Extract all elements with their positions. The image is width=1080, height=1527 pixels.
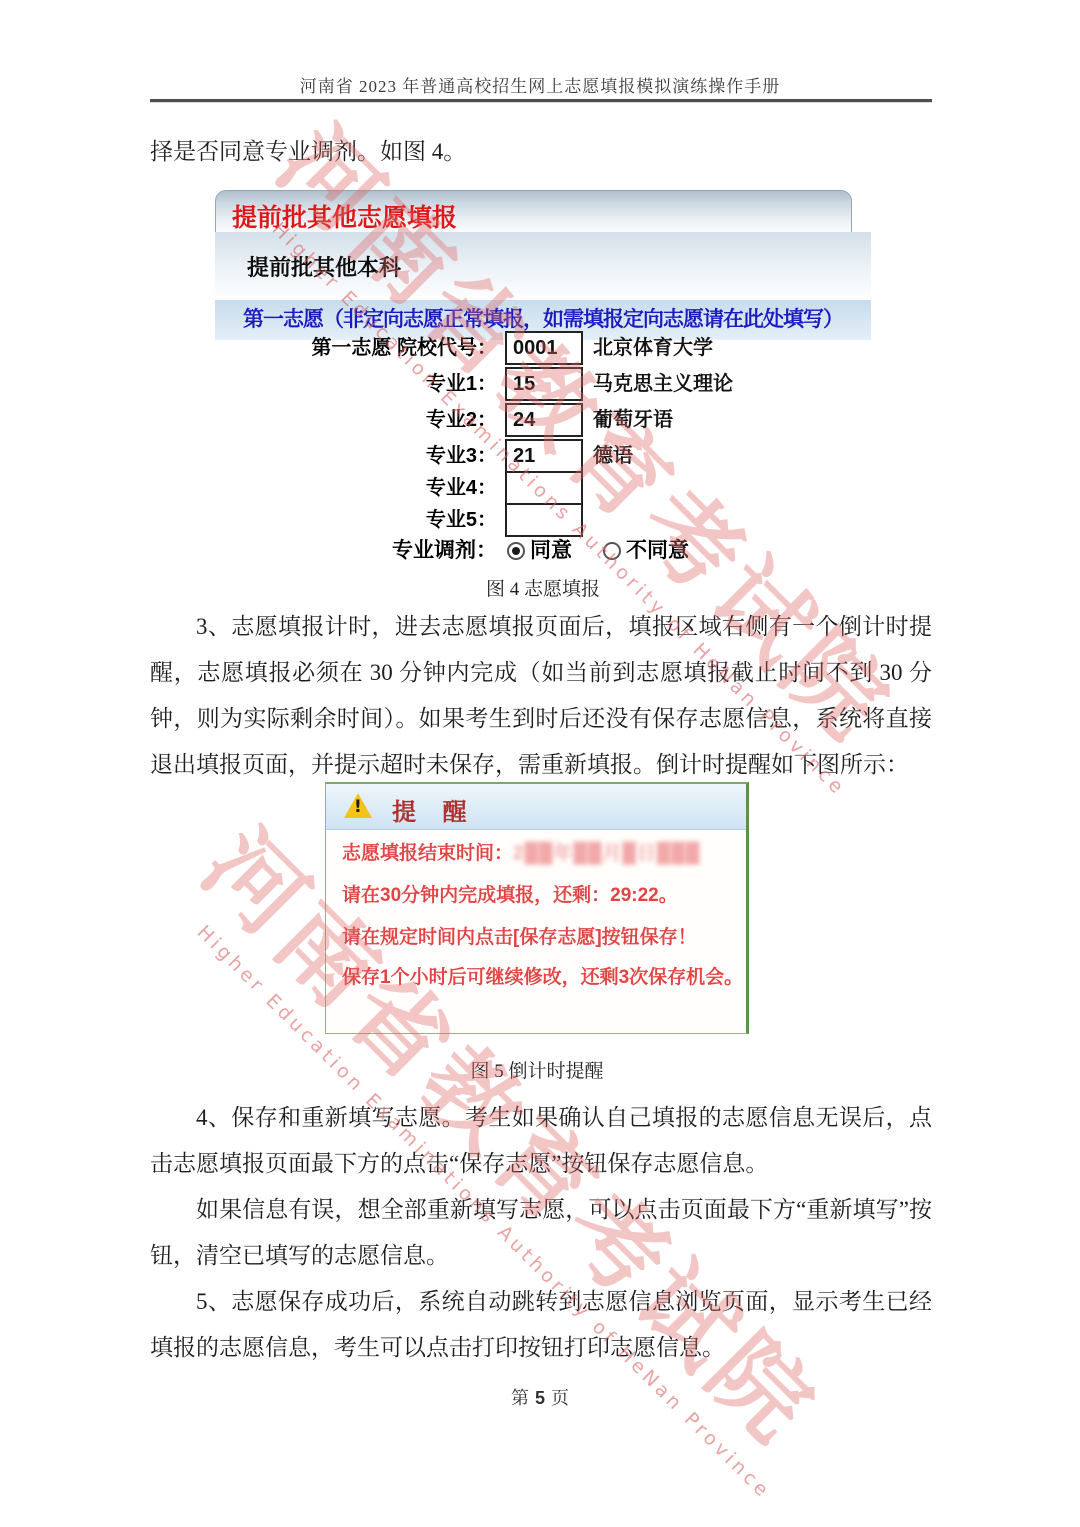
- major2-name-text: 葡萄牙语: [593, 403, 673, 437]
- field-label: 专业5：: [215, 503, 497, 537]
- page-footer: 第5页: [0, 1384, 1080, 1410]
- alert-header: 提 醒: [326, 784, 746, 830]
- field-label: 专业3：: [215, 439, 497, 473]
- paragraph-4b-text: 如果信息有误，想全部重新填写志愿，可以点击页面最下方“重新填写”按钮，清空已填写…: [150, 1187, 932, 1279]
- major1-name-text: 马克思主义理论: [593, 367, 733, 401]
- alert-save-chances-line: 保存1个小时后可继续修改，还剩3次保存机会。: [342, 964, 743, 992]
- form-row-major1: 专业1： 15 马克思主义理论: [215, 367, 871, 401]
- field-label: 专业2：: [215, 403, 497, 437]
- major3-input: 21: [505, 439, 583, 473]
- field-label: 专业1：: [215, 367, 497, 401]
- paragraph-5-text: 5、志愿保存成功后，系统自动跳转到志愿信息浏览页面，显示考生已经填报的志愿信息，…: [150, 1279, 932, 1371]
- alert-title: 提 醒: [392, 792, 477, 827]
- figure4-window-titlebar: 提前批其他志愿填报: [215, 190, 852, 234]
- form-row-adjustment: 专业调剂： 同意 不同意: [215, 536, 871, 566]
- college-name-text: 北京体育大学: [593, 331, 713, 365]
- radio-selected-icon: [507, 542, 525, 560]
- adjustment-option-disagree: 不同意: [603, 536, 689, 566]
- alert-save-hint-line: 请在规定时间内点击[保存志愿]按钮保存！: [342, 924, 697, 952]
- header-divider: [150, 99, 932, 102]
- field-label: 第一志愿 院校代号：: [215, 331, 497, 365]
- paragraph-3-text: 3、志愿填报计时，进去志愿填报页面后，填报区域右侧有一个倒计时提醒，志愿填报必须…: [150, 604, 932, 788]
- figure5-alert-box: 提 醒 志愿填报结束时间：2██年██月█日███ 请在30分钟内完成填报，还剩…: [325, 782, 749, 1034]
- alert-endtime-line: 志愿填报结束时间：2██年██月█日███: [342, 840, 700, 868]
- warning-icon: [344, 793, 372, 818]
- footer-suffix: 页: [551, 1388, 569, 1408]
- major5-input: [505, 503, 583, 537]
- page-number: 5: [535, 1388, 545, 1408]
- paragraph-3: 3、志愿填报计时，进去志愿填报页面后，填报区域右侧有一个倒计时提醒，志愿填报必须…: [150, 604, 932, 788]
- field-label: 专业4：: [215, 471, 497, 505]
- alert-endtime-label: 志愿填报结束时间：: [342, 843, 513, 864]
- major3-name-text: 德语: [593, 439, 633, 473]
- form-row-major4: 专业4：: [215, 471, 871, 505]
- document-page: 河南省 2023 年普通高校招生网上志愿填报模拟演练操作手册 择是否同意专业调剂…: [0, 0, 1080, 1527]
- figure4-section-title: 提前批其他本科: [247, 251, 401, 282]
- radio-unselected-icon: [603, 542, 621, 560]
- figure4-window-title: 提前批其他志愿填报: [232, 198, 457, 234]
- redacted-endtime-value: 2██年██月█日███: [513, 843, 700, 864]
- form-row-major3: 专业3： 21 德语: [215, 439, 871, 473]
- figure5-caption: 图 5 倒计时提醒: [325, 1056, 749, 1083]
- adjustment-option-agree-label: 同意: [530, 539, 572, 562]
- adjustment-label: 专业调剂：: [215, 536, 497, 566]
- major4-input: [505, 471, 583, 505]
- figure4-screenshot: 提前批其他志愿填报 提前批其他本科 第一志愿（非定向志愿正常填报，如需填报定向志…: [215, 190, 871, 566]
- major1-input: 15: [505, 367, 583, 401]
- form-row-major5: 专业5：: [215, 503, 871, 537]
- adjustment-option-disagree-label: 不同意: [626, 539, 689, 562]
- intro-text: 择是否同意专业调剂。如图 4。: [150, 133, 466, 166]
- form-row-college: 第一志愿 院校代号： 0001 北京体育大学: [215, 331, 871, 365]
- form-row-major2: 专业2： 24 葡萄牙语: [215, 403, 871, 437]
- adjustment-option-agree: 同意: [507, 536, 572, 566]
- major2-input: 24: [505, 403, 583, 437]
- footer-prefix: 第: [511, 1388, 529, 1408]
- figure4-section-header: 提前批其他本科: [215, 232, 871, 300]
- alert-countdown-line: 请在30分钟内完成填报，还剩：29:22。: [342, 882, 678, 910]
- paragraph-4a-text: 4、保存和重新填写志愿。考生如果确认自己填报的志愿信息无误后，点击志愿填报页面最…: [150, 1095, 932, 1187]
- figure4-caption: 图 4 志愿填报: [215, 574, 871, 601]
- document-header-title: 河南省 2023 年普通高校招生网上志愿填报模拟演练操作手册: [0, 72, 1080, 97]
- college-code-input: 0001: [505, 331, 583, 365]
- paragraph-block: 4、保存和重新填写志愿。考生如果确认自己填报的志愿信息无误后，点击志愿填报页面最…: [150, 1095, 932, 1371]
- figure4-band-text: 第一志愿（非定向志愿正常填报，如需填报定向志愿请在此处填写）: [243, 308, 843, 331]
